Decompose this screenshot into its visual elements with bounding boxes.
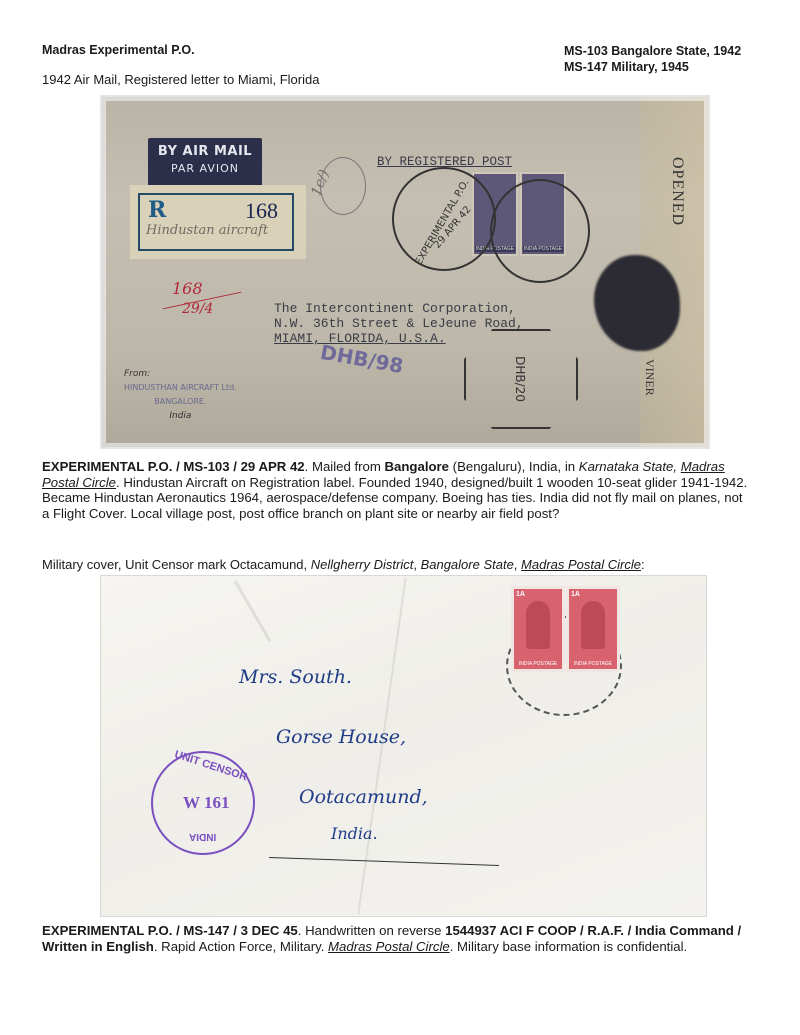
address-line-2: Gorse House, <box>276 726 406 748</box>
unit-censor-mark: UNIT CENSOR W 161 INDIA <box>151 751 255 855</box>
airmail-label: BY AIR MAIL PAR AVION <box>148 138 262 187</box>
cover2-lead: EXPERIMENTAL P.O. / MS-147 / 3 DEC 45 <box>42 923 298 938</box>
censor-ring-bottom: INDIA <box>189 831 216 842</box>
sub2-district: Nellgherry District <box>311 557 414 572</box>
page-header-right: MS-103 Bangalore State, 1942 MS-147 Mili… <box>564 43 741 75</box>
pencil-circle <box>320 157 366 215</box>
censor-opened-text: OPENED <box>668 157 686 226</box>
sub2-text-2: , <box>413 557 420 572</box>
cover-2-image: 1A INDIA POSTAGE 1A INDIA POSTAGE Mrs. S… <box>100 575 707 917</box>
stamp-value: 1A <box>516 591 525 598</box>
stamp-label: INDIA POSTAGE <box>516 661 560 667</box>
desc1-text-2: (Bengaluru), India, in <box>449 459 579 474</box>
postmark-2 <box>490 179 590 283</box>
airmail-label-line1: BY AIR MAIL <box>148 144 262 159</box>
page-header-left: Madras Experimental P.O. <box>42 43 195 57</box>
cover1-subtitle: 1942 Air Mail, Registered letter to Miam… <box>42 72 319 88</box>
stamp-label: INDIA POSTAGE <box>571 661 615 667</box>
header-right-line-2: MS-147 Military, 1945 <box>564 59 741 75</box>
sub2-text-4: : <box>641 557 645 572</box>
red-pencil-note: 168 29/4 <box>172 279 242 317</box>
header-right-line-1: MS-103 Bangalore State, 1942 <box>564 43 741 59</box>
desc2-text-3: . Military base information is confident… <box>450 939 687 954</box>
stamp-1a-2: 1A INDIA POSTAGE <box>566 586 620 672</box>
king-portrait <box>526 601 550 649</box>
sub2-state: Bangalore State <box>421 557 514 572</box>
registration-handwriting: Hindustan aircraft <box>146 223 268 238</box>
cover-1-image: BY AIR MAIL PAR AVION R 168 Hindustan ai… <box>100 95 710 449</box>
king-portrait <box>581 601 605 649</box>
address-underline <box>269 857 499 866</box>
red-note-bottom: 29/4 <box>182 301 242 317</box>
desc1-text-1: . Mailed from <box>305 459 385 474</box>
wax-seal <box>594 255 680 351</box>
sender-line-3: India <box>124 409 237 423</box>
airmail-label-line2: PAR AVION <box>148 162 262 175</box>
address-line-2: N.W. 36th Street & LeJeune Road, <box>274 316 524 331</box>
cover2-subtitle: Military cover, Unit Censor mark Octacam… <box>42 557 645 573</box>
address-line-3: Ootacamund, <box>299 786 428 808</box>
registration-letter: R <box>148 197 166 223</box>
desc2-postal-circle: Madras Postal Circle <box>328 939 450 954</box>
desc1-state: Karnataka State, <box>579 459 677 474</box>
desc2-text-2: . Rapid Action Force, Military. <box>154 939 328 954</box>
desc2-text-1: . Handwritten on reverse <box>298 923 445 938</box>
stamp-1a-1: 1A INDIA POSTAGE <box>511 586 565 672</box>
sub2-postal-circle: Madras Postal Circle <box>521 557 641 572</box>
censor-center: W 161 <box>183 793 229 813</box>
red-note-top: 168 <box>172 279 242 298</box>
sender-line-1: HINDUSTHAN AIRCRAFT Ltd. <box>124 381 237 395</box>
censor-examiner: VINER <box>642 359 657 396</box>
registration-box: R 168 Hindustan aircraft <box>138 193 294 251</box>
desc1-text-3: . Hindustan Aircraft on Registration lab… <box>42 475 747 521</box>
cover1-lead: EXPERIMENTAL P.O. / MS-103 / 29 APR 42 <box>42 459 305 474</box>
typed-address: The Intercontinent Corporation, N.W. 36t… <box>274 301 524 346</box>
stamp-value: 1A <box>571 591 580 598</box>
address-line-3: MIAMI, FLORIDA, U.S.A. <box>274 331 524 346</box>
cover2-description: EXPERIMENTAL P.O. / MS-147 / 3 DEC 45. H… <box>42 923 748 954</box>
address-line-4: India. <box>331 824 378 843</box>
sender-line-2: BANGALORE. <box>124 395 237 409</box>
sub2-text-3: , <box>514 557 521 572</box>
crease <box>234 580 272 642</box>
censor-ring-top: UNIT CENSOR <box>173 749 249 784</box>
address-line-1: The Intercontinent Corporation, <box>274 301 524 316</box>
registration-label: R 168 Hindustan aircraft <box>130 185 306 259</box>
sub2-text-1: Military cover, Unit Censor mark Octacam… <box>42 557 311 572</box>
cover1-description: EXPERIMENTAL P.O. / MS-103 / 29 APR 42. … <box>42 459 748 521</box>
address-line-1: Mrs. South. <box>239 666 352 688</box>
octagon-mark-text: DHB/20 <box>513 356 527 402</box>
registration-number: 168 <box>245 198 278 224</box>
sender-imprint: From: HINDUSTHAN AIRCRAFT Ltd. BANGALORE… <box>124 367 237 423</box>
sender-prefix: From: <box>124 367 237 381</box>
desc1-city: Bangalore <box>385 459 450 474</box>
